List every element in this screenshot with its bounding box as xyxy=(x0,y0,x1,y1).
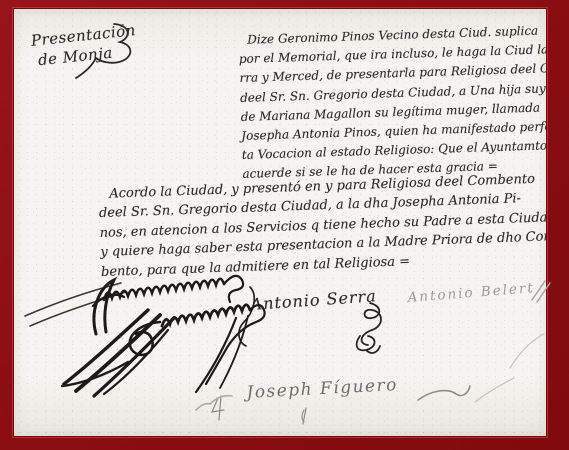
signature-belert: Antonio Belert xyxy=(407,280,535,306)
margin-note: Presentación de Monja xyxy=(30,20,139,71)
resolution-paragraph: Acordo la Ciudad, y presentó en y para R… xyxy=(98,169,547,282)
red-frame: Presentación de Monja Dize Geronimo Pino… xyxy=(0,0,569,450)
signature-serra: Antonio Serra xyxy=(250,286,377,314)
manuscript-scan: Presentación de Monja Dize Geronimo Pino… xyxy=(13,8,547,437)
petition-paragraph: Dize Geronimo Pinos Vecino desta Ciud. s… xyxy=(238,20,547,185)
signature-figuero: Joseph Fíguero xyxy=(246,375,398,403)
